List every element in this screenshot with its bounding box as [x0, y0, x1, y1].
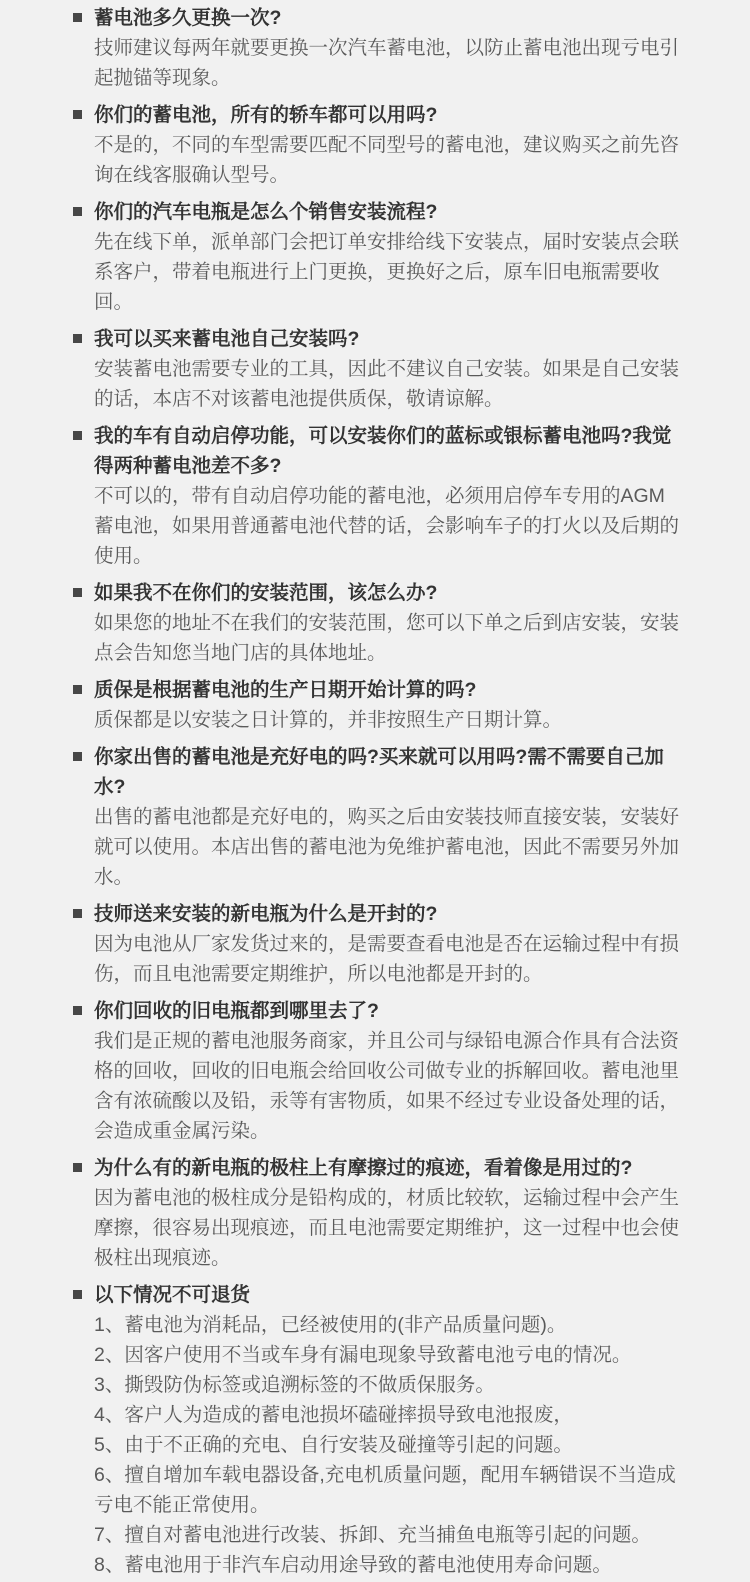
square-bullet-icon — [73, 685, 82, 694]
no-return-rule: 5、由于不正确的充电、自行安装及碰撞等引起的问题。 — [94, 1430, 682, 1460]
square-bullet-icon — [73, 431, 82, 440]
faq-item: 你家出售的蓄电池是充好电的吗?买来就可以用吗?需不需要自己加水? 出售的蓄电池都… — [94, 742, 682, 892]
no-return-rule: 8、蓄电池用于非汽车启动用途导致的蓄电池使用寿命问题。 — [94, 1550, 682, 1580]
faq-item: 技师送来安装的新电瓶为什么是开封的? 因为电池从厂家发货过来的，是需要查看电池是… — [94, 899, 682, 989]
square-bullet-icon — [73, 13, 82, 22]
square-bullet-icon — [73, 909, 82, 918]
no-return-rule: 6、擅自增加车载电器设备,充电机质量问题，配用车辆错误不当造成亏电不能正常使用。 — [94, 1460, 682, 1520]
faq-item: 蓄电池多久更换一次? 技师建议每两年就要更换一次汽车蓄电池，以防止蓄电池出现亏电… — [94, 3, 682, 93]
no-return-rule: 7、擅自对蓄电池进行改装、拆卸、充当捕鱼电瓶等引起的问题。 — [94, 1520, 682, 1550]
faq-item: 质保是根据蓄电池的生产日期开始计算的吗? 质保都是以安装之日计算的，并非按照生产… — [94, 675, 682, 735]
faq-answer: 出售的蓄电池都是充好电的，购买之后由安装技师直接安装，安装好就可以使用。本店出售… — [94, 802, 682, 892]
faq-question: 技师送来安装的新电瓶为什么是开封的? — [94, 899, 682, 929]
faq-answer: 如果您的地址不在我们的安装范围，您可以下单之后到店安装，安装点会告知您当地门店的… — [94, 608, 682, 668]
faq-item: 我可以买来蓄电池自己安装吗? 安装蓄电池需要专业的工具，因此不建议自己安装。如果… — [94, 324, 682, 414]
faq-answer: 因为蓄电池的极柱成分是铅构成的，材质比较软，运输过程中会产生摩擦，很容易出现痕迹… — [94, 1183, 682, 1273]
faq-question: 你们的蓄电池，所有的轿车都可以用吗? — [94, 100, 682, 130]
square-bullet-icon — [73, 1290, 82, 1299]
faq-item: 你们的汽车电瓶是怎么个销售安装流程? 先在线下单，派单部门会把订单安排给线下安装… — [94, 197, 682, 317]
faq-question: 蓄电池多久更换一次? — [94, 3, 682, 33]
faq-question: 我的车有自动启停功能，可以安装你们的蓝标或银标蓄电池吗?我觉得两种蓄电池差不多? — [94, 421, 682, 481]
faq-section: 蓄电池多久更换一次? 技师建议每两年就要更换一次汽车蓄电池，以防止蓄电池出现亏电… — [0, 0, 750, 1580]
faq-item: 为什么有的新电瓶的极柱上有摩擦过的痕迹，看着像是用过的? 因为蓄电池的极柱成分是… — [94, 1153, 682, 1273]
no-return-rule: 4、客户人为造成的蓄电池损坏磕碰摔损导致电池报废， — [94, 1400, 682, 1430]
faq-question: 你们的汽车电瓶是怎么个销售安装流程? — [94, 197, 682, 227]
faq-answer: 先在线下单，派单部门会把订单安排给线下安装点，届时安装点会联系客户，带着电瓶进行… — [94, 227, 682, 317]
no-return-rule: 1、蓄电池为消耗品，已经被使用的(非产品质量问题)。 — [94, 1310, 682, 1340]
faq-item: 你们的蓄电池，所有的轿车都可以用吗? 不是的，不同的车型需要匹配不同型号的蓄电池… — [94, 100, 682, 190]
faq-answer: 因为电池从厂家发货过来的，是需要查看电池是否在运输过程中有损伤，而且电池需要定期… — [94, 929, 682, 989]
faq-question: 以下情况不可退货 — [94, 1280, 682, 1310]
faq-answer: 不可以的，带有自动启停功能的蓄电池，必须用启停车专用的AGM蓄电池，如果用普通蓄… — [94, 481, 682, 571]
square-bullet-icon — [73, 334, 82, 343]
square-bullet-icon — [73, 1006, 82, 1015]
square-bullet-icon — [73, 207, 82, 216]
faq-answer: 我们是正规的蓄电池服务商家，并且公司与绿铅电源合作具有合法资格的回收，回收的旧电… — [94, 1026, 682, 1146]
no-return-rule: 2、因客户使用不当或车身有漏电现象导致蓄电池亏电的情况。 — [94, 1340, 682, 1370]
faq-answer: 安装蓄电池需要专业的工具，因此不建议自己安装。如果是自己安装的话，本店不对该蓄电… — [94, 354, 682, 414]
faq-question: 我可以买来蓄电池自己安装吗? — [94, 324, 682, 354]
no-return-rule: 3、撕毁防伪标签或追溯标签的不做质保服务。 — [94, 1370, 682, 1400]
square-bullet-icon — [73, 588, 82, 597]
faq-item: 我的车有自动启停功能，可以安装你们的蓝标或银标蓄电池吗?我觉得两种蓄电池差不多?… — [94, 421, 682, 571]
faq-question: 你家出售的蓄电池是充好电的吗?买来就可以用吗?需不需要自己加水? — [94, 742, 682, 802]
faq-answer: 技师建议每两年就要更换一次汽车蓄电池，以防止蓄电池出现亏电引起抛锚等现象。 — [94, 33, 682, 93]
faq-item-no-return-policy: 以下情况不可退货 1、蓄电池为消耗品，已经被使用的(非产品质量问题)。 2、因客… — [94, 1280, 682, 1580]
faq-item: 你们回收的旧电瓶都到哪里去了? 我们是正规的蓄电池服务商家，并且公司与绿铅电源合… — [94, 996, 682, 1146]
square-bullet-icon — [73, 110, 82, 119]
square-bullet-icon — [73, 752, 82, 761]
faq-question: 你们回收的旧电瓶都到哪里去了? — [94, 996, 682, 1026]
faq-question: 质保是根据蓄电池的生产日期开始计算的吗? — [94, 675, 682, 705]
square-bullet-icon — [73, 1163, 82, 1172]
faq-item: 如果我不在你们的安装范围，该怎么办? 如果您的地址不在我们的安装范围，您可以下单… — [94, 578, 682, 668]
faq-question: 如果我不在你们的安装范围，该怎么办? — [94, 578, 682, 608]
faq-answer: 不是的，不同的车型需要匹配不同型号的蓄电池，建议购买之前先咨询在线客服确认型号。 — [94, 130, 682, 190]
faq-question: 为什么有的新电瓶的极柱上有摩擦过的痕迹，看着像是用过的? — [94, 1153, 682, 1183]
faq-answer: 质保都是以安装之日计算的，并非按照生产日期计算。 — [94, 705, 682, 735]
